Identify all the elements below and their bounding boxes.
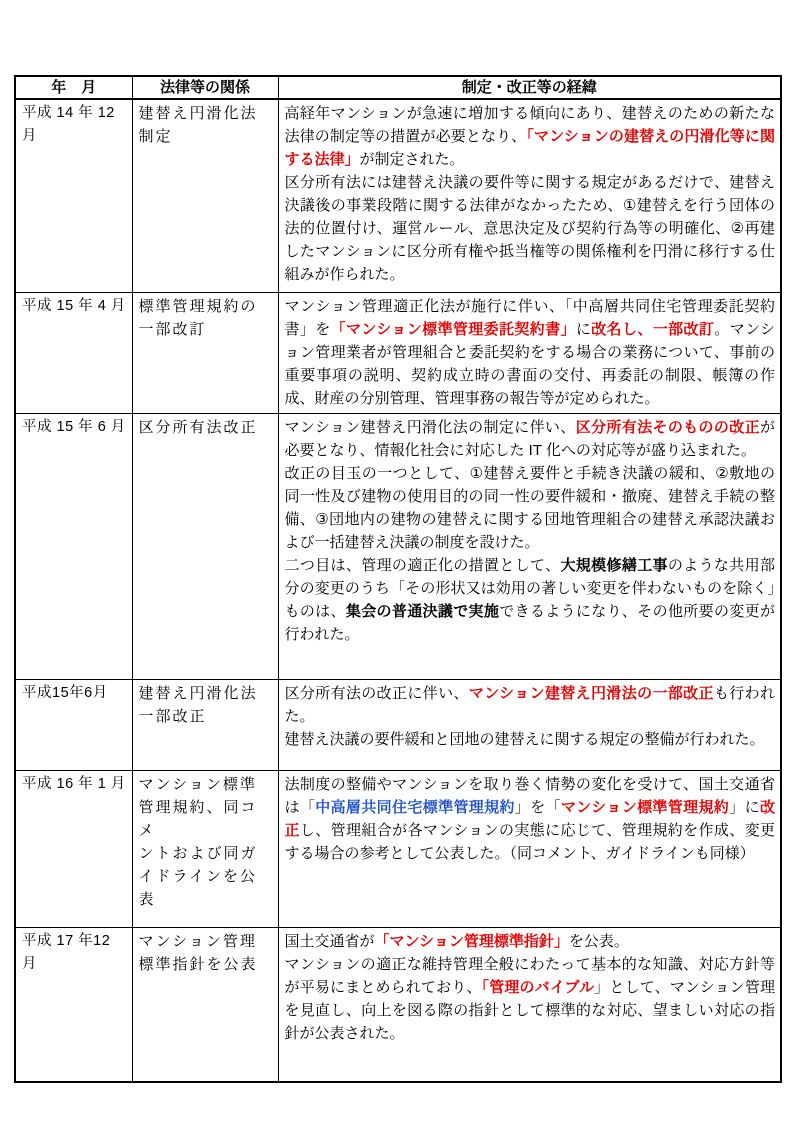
text-segment: 」に xyxy=(729,799,760,816)
paragraph: マンション管理適正化法が施行に伴い、「中高層共同住宅管理委託契約書」を「マンショ… xyxy=(285,295,776,410)
text-segment: 改名し、一部改訂 xyxy=(591,321,714,338)
law-cell: 建替え円滑化法 一部改正 xyxy=(132,679,278,770)
year-month-cell: 平成15年6月 xyxy=(15,679,132,770)
history-table-body: 平成 14 年 12 月建替え円滑化法 制定高経年マンションが急速に増加する傾向… xyxy=(15,99,781,1082)
paragraph: マンション建替え円滑化法の制定に伴い、区分所有法そのものの改正が必要となり、情報… xyxy=(285,416,776,462)
law-history-table: 年 月 法律等の関係 制定・改正等の経緯 平成 14 年 12 月建替え円滑化法… xyxy=(14,75,782,1083)
text-segment: 集会の普通決議で実施 xyxy=(346,603,499,620)
paragraph: 二つ目は、管理の適正化の措置として、大規模修繕工事のような共用部分の変更のうち「… xyxy=(285,554,776,646)
text-segment: 」を「 xyxy=(515,799,561,816)
text-segment: 二つ目は、管理の適正化の措置として、 xyxy=(285,557,561,574)
year-month-cell: 平成 16 年 1 月 xyxy=(15,770,132,927)
history-cell: 高経年マンションが急速に増加する傾向にあり、建替えのための新たな法律の制定等の措… xyxy=(278,99,781,292)
text-segment: が制定された。 xyxy=(360,151,465,168)
law-cell: マンション管理 標準指針を公表 xyxy=(132,927,278,1082)
text-segment: 区分所有法の改正に伴い、 xyxy=(285,685,469,702)
law-cell: 標準管理規約の 一部改訂 xyxy=(132,292,278,413)
year-month-cell: 平成 15 年 6 月 xyxy=(15,413,132,679)
history-cell: 法制度の整備やマンションを取り巻く情勢の変化を受けて、国土交通省は「中高層共同住… xyxy=(278,770,781,927)
text-segment: 区分所有法そのものの改正 xyxy=(576,419,760,436)
paragraph: 区分所有法には建替え決議の要件等に関する規定があるだけで、建替え決議後の事業段階… xyxy=(285,171,776,286)
paragraph: 法制度の整備やマンションを取り巻く情勢の変化を受けて、国土交通省は「中高層共同住… xyxy=(285,773,776,865)
history-cell: マンション建替え円滑化法の制定に伴い、区分所有法そのものの改正が必要となり、情報… xyxy=(278,413,781,679)
text-segment: 「マンション標準管理委託契約書」 xyxy=(331,321,576,338)
law-cell: マンション標準 管理規約、同コメ ントおよび同ガ イドラインを公 表 xyxy=(132,770,278,927)
history-cell: 区分所有法の改正に伴い、マンション建替え円滑法の一部改正も行われた。建替え決議の… xyxy=(278,679,781,770)
table-row: 平成 15 年 4 月標準管理規約の 一部改訂マンション管理適正化法が施行に伴い… xyxy=(15,292,781,413)
header-related-law: 法律等の関係 xyxy=(132,76,278,99)
text-segment: マンション標準管理規約 xyxy=(561,799,729,816)
paragraph: 国土交通省が「マンション管理標準指針」を公表。 xyxy=(285,930,776,953)
law-cell: 建替え円滑化法 制定 xyxy=(132,99,278,292)
text-segment: マンション建替え円滑化法の制定に伴い、 xyxy=(285,419,576,436)
header-row: 年 月 法律等の関係 制定・改正等の経緯 xyxy=(15,76,781,99)
text-segment: 区分所有法には建替え決議の要件等に関する規定があるだけで、建替え決議後の事業段階… xyxy=(285,174,776,283)
law-cell: 区分所有法改正 xyxy=(132,413,278,679)
paragraph: 高経年マンションが急速に増加する傾向にあり、建替えのための新たな法律の制定等の措… xyxy=(285,102,776,171)
paragraph: 建替え決議の要件緩和と団地の建替えに関する規定の整備が行われた。 xyxy=(285,728,776,751)
text-segment: 建替え決議の要件緩和と団地の建替えに関する規定の整備が行われた。 xyxy=(285,731,765,748)
table-row: 平成15年6月建替え円滑化法 一部改正区分所有法の改正に伴い、マンション建替え円… xyxy=(15,679,781,770)
text-segment: を公表。 xyxy=(569,933,629,950)
history-cell: マンション管理適正化法が施行に伴い、「中高層共同住宅管理委託契約書」を「マンショ… xyxy=(278,292,781,413)
year-month-cell: 平成 15 年 4 月 xyxy=(15,292,132,413)
document-page: 年 月 法律等の関係 制定・改正等の経緯 平成 14 年 12 月建替え円滑化法… xyxy=(0,0,794,1123)
text-segment: 大規模修繕工事 xyxy=(560,557,667,574)
paragraph: 改正の目玉の一つとして、①建替え要件と手続き決議の緩和、②敷地の同一性及び建物の… xyxy=(285,462,776,554)
paragraph: 区分所有法の改正に伴い、マンション建替え円滑法の一部改正も行われた。 xyxy=(285,682,776,728)
year-month-cell: 平成 14 年 12 月 xyxy=(15,99,132,292)
header-year-month: 年 月 xyxy=(15,76,132,99)
text-segment: マンション建替え円滑法の一部改正 xyxy=(469,685,714,702)
table-header: 年 月 法律等の関係 制定・改正等の経緯 xyxy=(15,76,781,99)
text-segment: に xyxy=(576,321,591,338)
history-cell: 国土交通省が「マンション管理標準指針」を公表。マンションの適正な維持管理全般にわ… xyxy=(278,927,781,1082)
text-segment: 改正の目玉の一つとして、①建替え要件と手続き決議の緩和、②敷地の同一性及び建物の… xyxy=(285,465,776,551)
table-row: 平成 14 年 12 月建替え円滑化法 制定高経年マンションが急速に増加する傾向… xyxy=(15,99,781,292)
table-row: 平成 16 年 1 月マンション標準 管理規約、同コメ ントおよび同ガ イドライ… xyxy=(15,770,781,927)
text-segment: 国土交通省が xyxy=(285,933,375,950)
paragraph: マンションの適正な維持管理全般にわたって基本的な知識、対応方針等が平易にまとめら… xyxy=(285,953,776,1045)
header-history: 制定・改正等の経緯 xyxy=(278,76,781,99)
text-segment: 「マンション管理標準指針」 xyxy=(375,933,569,950)
text-segment: し、管理組合が各マンションの実態に応じて、管理規約を作成、変更する場合の参考とし… xyxy=(285,822,776,862)
table-row: 平成 15 年 6 月区分所有法改正マンション建替え円滑化法の制定に伴い、区分所… xyxy=(15,413,781,679)
text-segment: 「管理のバイブル xyxy=(482,979,595,996)
table-row: 平成 17 年12 月マンション管理 標準指針を公表国土交通省が「マンション管理… xyxy=(15,927,781,1082)
year-month-cell: 平成 17 年12 月 xyxy=(15,927,132,1082)
text-segment: 中高層共同住宅標準管理規約 xyxy=(315,799,515,816)
